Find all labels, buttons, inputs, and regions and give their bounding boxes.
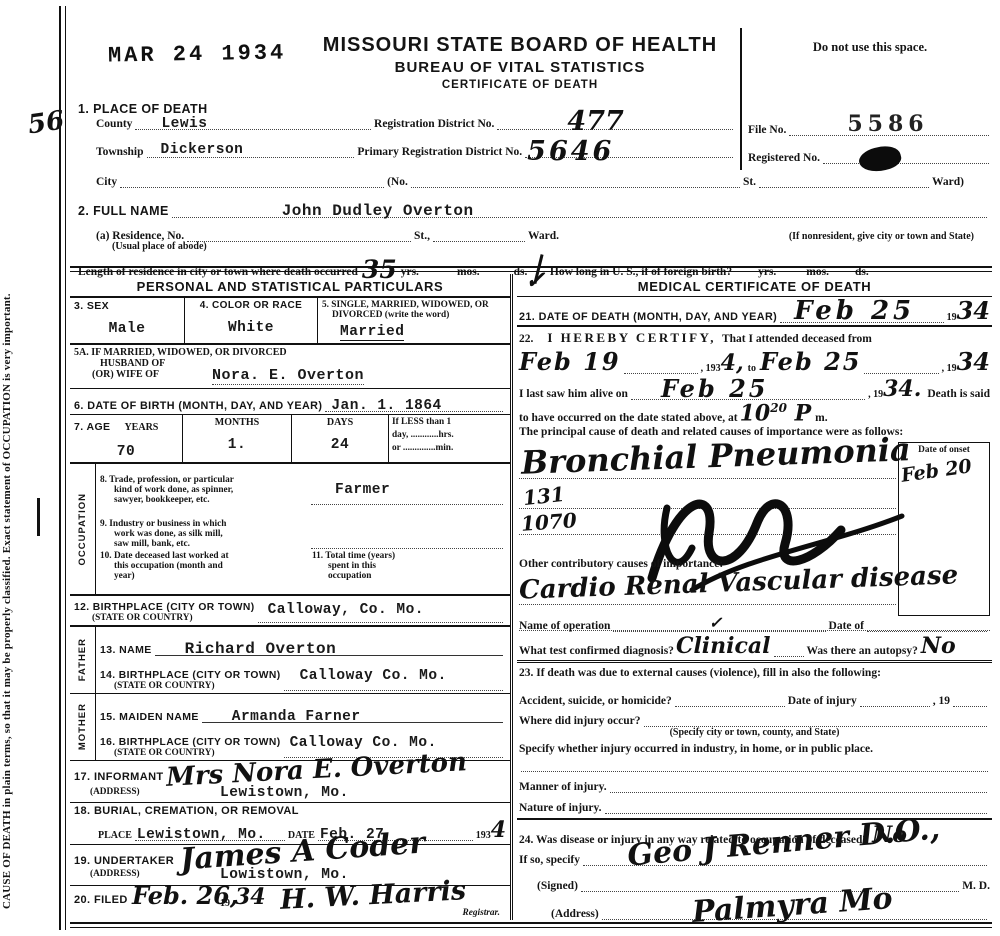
father-birthplace-label-block: 14. BIRTHPLACE (CITY OR TOWN) (STATE OR … <box>100 670 281 691</box>
sex-race-marital-row: 3. SEX Male 4. COLOR OR RACE White 5. SI… <box>70 298 510 345</box>
father-birthplace-line: Calloway Co. Mo. <box>284 688 503 691</box>
full-name-value: John Dudley Overton <box>282 202 474 220</box>
less-label-1: If LESS than 1 <box>392 417 507 427</box>
mother-birthplace-label-block: 16. BIRTHPLACE (CITY OR TOWN) (STATE OR … <box>100 737 281 758</box>
last-worked-row: 10. Date deceased last worked at this oc… <box>96 550 510 594</box>
last-worked-label-1: 10. Date deceased last worked at <box>100 551 312 561</box>
less-than-day-cell: If LESS than 1 day, ............hrs. or … <box>389 415 510 462</box>
last-saw-line: Feb 25 <box>631 397 865 400</box>
margin-instruction: CAUSE OF DEATH in plain terms, so that i… <box>1 4 27 909</box>
spouse-value: Nora. E. Overton <box>212 367 364 385</box>
age-months-value: 1. <box>185 437 289 453</box>
marital-cell: 5. SINGLE, MARRIED, WIDOWED, OR DIVORCED… <box>318 298 510 343</box>
less-label-2: day, ............hrs. <box>392 430 507 440</box>
place-of-death-heading: 1. PLACE OF DEATH <box>78 102 208 116</box>
operation-line: ✓ <box>613 629 825 632</box>
address-line: Palmyra Mo <box>602 917 987 920</box>
birthplace-line: Calloway, Co. Mo. <box>258 620 503 623</box>
external-causes-block: 23. If death was due to external causes … <box>517 663 992 820</box>
spacer <box>562 240 786 242</box>
title-line-1: MISSOURI STATE BOARD OF HEALTH <box>300 34 740 57</box>
race-label: 4. COLOR OR RACE <box>187 300 315 311</box>
primary-registration-label: Primary Registration District No. <box>357 146 522 158</box>
certify-caps: I HEREBY CERTIFY, <box>547 330 716 346</box>
full-name-label: 2. FULL NAME <box>78 204 169 218</box>
trade-label-1: 8. Trade, profession, or particular <box>100 475 308 485</box>
file-no-row: File No. 5586 <box>748 124 992 136</box>
occupation-relation-block: 24. Was disease or injury in any way rel… <box>517 820 992 920</box>
last-worked-label-3: year) <box>114 571 312 581</box>
days-header: DAYS <box>294 417 386 428</box>
residence-st-line <box>433 239 525 242</box>
test-autopsy-row: What test confirmed diagnosis? Clinical … <box>517 632 992 663</box>
do-not-use-note: Do not use this space. <box>746 40 994 55</box>
injury-year-line <box>953 704 987 707</box>
external-causes-label: 23. If death was due to external causes … <box>519 667 990 687</box>
township-value: Dickerson <box>161 142 244 158</box>
signed-label: (Signed) <box>537 880 578 892</box>
last-saw-label: I last saw him alive on <box>519 388 628 400</box>
test-line <box>774 654 804 657</box>
industry-row: 9. Industry or business in which work wa… <box>96 506 510 550</box>
accident-line <box>675 704 785 707</box>
trade-row: 8. Trade, profession, or particular kind… <box>96 464 510 506</box>
other-contributory-label: Other contributory causes of importance: <box>519 558 723 570</box>
dod-year-handwritten: 34 <box>957 299 990 323</box>
father-side-cell: FATHER <box>70 627 96 693</box>
date-of-death-value: Feb 25 <box>794 298 915 324</box>
registered-no-label: Registered No. <box>748 152 820 164</box>
received-date-stamp: MAR 24 1934 <box>108 40 287 68</box>
occupation-side-label: OCCUPATION <box>77 493 88 565</box>
township-line: Dickerson <box>147 155 355 158</box>
header-divider <box>740 28 742 170</box>
blank-dotted-line <box>521 763 988 772</box>
medical-header: ✓ MEDICAL CERTIFICATE OF DEATH <box>517 274 992 297</box>
specify-industry-note: Specify whether injury occurred in indus… <box>519 743 990 763</box>
trade-label-3: sawyer, bookkeeper, etc. <box>114 495 308 505</box>
father-side-label: FATHER <box>77 638 88 681</box>
county-label: County <box>96 118 132 130</box>
last-year-handwritten: 34. <box>883 378 921 400</box>
race-value: White <box>187 320 315 336</box>
industry-label-block: 9. Industry or business in which work wa… <box>100 519 308 549</box>
mother-birthplace-sublabel: (STATE OR COUNTRY) <box>114 748 281 758</box>
age-days-value: 24 <box>294 437 386 453</box>
certify-block: 22. I HEREBY CERTIFY, That I attended de… <box>517 327 992 438</box>
margin-pen-stroke <box>37 498 40 536</box>
industry-line <box>311 546 503 549</box>
marital-label-2: DIVORCED (write the word) <box>332 310 506 320</box>
sex-cell: 3. SEX Male <box>70 298 184 343</box>
county-value: Lewis <box>161 116 207 132</box>
minute-label: m. <box>815 412 827 424</box>
burial-year-printed: 193 <box>476 830 491 841</box>
date-of-death-row: 21. DATE OF DEATH (MONTH, DAY, AND YEAR)… <box>517 297 992 327</box>
operation-check: ✓ <box>709 615 722 631</box>
occupation-side-cell: OCCUPATION <box>70 464 96 594</box>
ward-label: Ward) <box>932 176 964 188</box>
date-of-death-line: Feb 25 <box>780 320 943 323</box>
father-birthplace-value: Calloway Co. Mo. <box>300 668 447 684</box>
mother-side-cell: MOTHER <box>70 694 96 760</box>
father-birthplace-row: 14. BIRTHPLACE (CITY OR TOWN) (STATE OR … <box>96 658 510 693</box>
last-saw-value: Feb 25 <box>661 377 769 401</box>
city-line <box>120 185 384 188</box>
address-label: (Address) <box>551 908 599 920</box>
residence-ward-label: Ward. <box>528 230 559 242</box>
date-of-injury-line <box>860 704 930 707</box>
industry-label-1: 9. Industry or business in which <box>100 519 308 529</box>
sex-value: Male <box>74 321 180 337</box>
left-border-outer <box>59 6 61 930</box>
street-label: St. <box>743 176 756 188</box>
township-label: Township <box>96 146 144 158</box>
margin-note-56: 56 <box>26 108 65 139</box>
columns: PERSONAL AND STATISTICAL PARTICULARS 3. … <box>70 274 992 920</box>
vital-note-2: 1070 <box>520 510 577 534</box>
where-injury-line <box>644 724 988 727</box>
filed-label: 20. FILED <box>74 894 128 906</box>
age-months-cell: MONTHS 1. <box>182 415 292 462</box>
primary-registration-value: 5646 <box>527 138 614 165</box>
total-time-label-1: 11. Total time (years) <box>312 551 506 561</box>
industry-label-3: saw mill, bank, etc. <box>114 539 308 549</box>
residence-st-label: St., <box>414 230 430 242</box>
registration-district-line: 477 <box>497 127 733 130</box>
title-line-3: CERTIFICATE OF DEATH <box>300 79 740 91</box>
to-year-handwritten: 34 <box>957 350 990 374</box>
title-line-2: BUREAU OF VITAL STATISTICS <box>300 59 740 76</box>
ink-stamp <box>857 142 904 175</box>
autopsy-label: Was there an autopsy? <box>807 645 918 657</box>
filed-year-printed: 19 <box>220 898 230 909</box>
trade-line: Farmer <box>311 502 503 505</box>
total-time-label-block: 11. Total time (years) spent in this occ… <box>312 551 506 593</box>
medical-certificate-column: ✓ MEDICAL CERTIFICATE OF DEATH 21. DATE … <box>513 274 992 920</box>
trade-value: Farmer <box>335 482 390 498</box>
from-year-handwritten: 4, <box>721 352 744 374</box>
registration-district-value: 477 <box>567 108 623 135</box>
marital-value: Married <box>340 324 404 341</box>
sex-label: 3. SEX <box>74 300 180 312</box>
undertaker-address-value: Lowistown, Mo. <box>220 867 349 883</box>
onset-label: Date of onset <box>901 445 987 455</box>
from-year-printed: , 193 <box>701 363 721 374</box>
township-row: Township Dickerson Primary Registration … <box>96 146 736 158</box>
industry-label-2: work was done, as silk mill, <box>114 529 308 539</box>
age-years-value: 70 <box>74 444 178 460</box>
last-worked-label-2: this occupation (month and <box>114 561 312 571</box>
birthplace-label-block: 12. BIRTHPLACE (CITY OR TOWN) (STATE OR … <box>74 602 255 623</box>
date-of-death-label: 21. DATE OF DEATH (MONTH, DAY, AND YEAR) <box>519 311 777 323</box>
residence-row: (a) Residence, No. St., Ward. (If nonres… <box>96 230 974 242</box>
primary-registration-line: 5646 <box>525 155 733 158</box>
cause-of-death-block: Bronchial Pneumonia 131 1070 Date of ons… <box>517 438 992 613</box>
father-name-value: Richard Overton <box>185 640 337 658</box>
other-line-1 <box>519 604 896 605</box>
date-of-injury-label: Date of injury <box>788 695 857 707</box>
dod-year-printed: 19 <box>947 312 957 323</box>
left-border-inner <box>65 6 66 930</box>
time-meridiem: P <box>795 400 812 426</box>
undertaker-label: 19. UNDERTAKER <box>74 855 174 867</box>
dob-line: Jan. 1. 1864 <box>325 409 503 412</box>
test-label: What test confirmed diagnosis? <box>519 645 674 657</box>
trade-label-2: kind of work done, as spinner, <box>114 485 308 495</box>
autopsy-value: No <box>921 635 956 657</box>
time-value: 1020 P <box>740 402 812 424</box>
county-row: County Lewis Registration District No. 4… <box>96 118 736 130</box>
birthplace-label: 12. BIRTHPLACE (CITY OR TOWN) <box>74 602 255 613</box>
father-name-label: 13. NAME <box>100 644 152 656</box>
less-label-3: or ..............min. <box>392 443 507 453</box>
injury-nineteen: , 19 <box>933 695 950 707</box>
certify-number: 22. <box>519 333 533 345</box>
burial-year-handwritten: 4 <box>491 819 506 841</box>
age-days-cell: DAYS 24 <box>292 415 389 462</box>
mother-name-line: Armanda Farner <box>202 720 503 723</box>
registered-no-row: Registered No. <box>748 152 992 164</box>
burial-place-label: PLACE <box>98 830 132 841</box>
medical-header-text: MEDICAL CERTIFICATE OF DEATH <box>638 279 871 294</box>
nonresident-note: (If nonresident, give city or town and S… <box>789 231 974 242</box>
to-word: to <box>748 363 756 374</box>
spouse-label-1: 5A. IF MARRIED, WIDOWED, OR DIVORCED <box>74 347 506 358</box>
total-time-label-2: spent in this <box>328 561 506 571</box>
operation-date-line <box>867 629 987 632</box>
occupation-content: 8. Trade, profession, or particular kind… <box>96 464 510 594</box>
vital-note-1: 131 <box>522 484 566 508</box>
nature-of-injury-label: Nature of injury. <box>519 802 602 814</box>
full-name-row: 2. FULL NAME John Dudley Overton <box>78 204 990 218</box>
registrar-label: Registrar. <box>463 908 500 918</box>
filed-row: 20. FILED Feb. 26, 19 34 H. W. Harris Re… <box>70 886 510 920</box>
father-birthplace-label: 14. BIRTHPLACE (CITY OR TOWN) <box>100 670 281 681</box>
where-injury-label: Where did injury occur? <box>519 715 641 727</box>
md-label: M. D. <box>962 880 990 892</box>
full-name-line: John Dudley Overton <box>172 215 987 218</box>
race-cell: 4. COLOR OR RACE White <box>184 298 318 343</box>
informant-address-label: (ADDRESS) <box>90 787 140 797</box>
spouse-row: 5A. IF MARRIED, WIDOWED, OR DIVORCED HUS… <box>70 345 510 389</box>
last-year-printed: , 19 <box>868 389 883 400</box>
registration-district-label: Registration District No. <box>374 118 494 130</box>
bottom-rule <box>70 922 992 928</box>
marital-label-1: 5. SINGLE, MARRIED, WIDOWED, OR <box>322 300 506 310</box>
residence-line <box>187 239 411 242</box>
check-mark: ✓ <box>525 268 546 292</box>
specify-city-note: (Specify city or town, county, and State… <box>519 727 990 743</box>
file-no-line: 5586 <box>789 133 989 136</box>
informant-row: 17. INFORMANT Mrs Nora E. Overton (ADDRE… <box>70 761 510 803</box>
father-content: 13. NAME Richard Overton 14. BIRTHPLACE … <box>96 627 510 693</box>
trade-label-block: 8. Trade, profession, or particular kind… <box>100 475 308 505</box>
city-row: City (No. St. Ward) <box>96 176 964 188</box>
mother-birthplace-value: Calloway Co. Mo. <box>290 735 437 751</box>
file-no-value: 5586 <box>847 111 928 137</box>
personal-header: PERSONAL AND STATISTICAL PARTICULARS <box>70 274 510 298</box>
mother-name-value: Armanda Farner <box>232 709 361 725</box>
onset-value: Feb 20 <box>900 455 988 486</box>
burial-label: 18. BURIAL, CREMATION, OR REMOVAL <box>74 805 506 817</box>
mother-name-label: 15. MAIDEN NAME <box>100 711 199 723</box>
mother-side-label: MOTHER <box>77 703 88 750</box>
registered-no-line <box>823 161 989 164</box>
father-birthplace-sublabel: (STATE OR COUNTRY) <box>114 681 281 691</box>
death-certificate-page: CAUSE OF DEATH in plain terms, so that i… <box>0 0 1000 936</box>
filed-year-handwritten: 34 <box>235 886 266 908</box>
accident-label: Accident, suicide, or homicide? <box>519 695 672 707</box>
informant-label: 17. INFORMANT <box>74 771 164 783</box>
informant-address-value: Lewistown, Mo. <box>220 785 349 801</box>
birthplace-value: Calloway, Co. Mo. <box>268 602 424 618</box>
street-line <box>759 185 929 188</box>
dob-row: 6. DATE OF BIRTH (MONTH, DAY, AND YEAR) … <box>70 389 510 415</box>
mother-birthplace-label: 16. BIRTHPLACE (CITY OR TOWN) <box>100 737 281 748</box>
birthplace-sublabel: (STATE OR COUNTRY) <box>92 613 255 623</box>
certify-tail: That I attended deceased from <box>722 333 872 345</box>
manner-of-injury-label: Manner of injury. <box>519 781 607 793</box>
attended-to-value: Feb 25 <box>760 350 862 374</box>
personal-particulars-column: PERSONAL AND STATISTICAL PARTICULARS 3. … <box>70 274 513 920</box>
years-header: YEARS <box>124 422 158 433</box>
occupation-block: OCCUPATION 8. Trade, profession, or part… <box>70 464 510 596</box>
father-name-row: 13. NAME Richard Overton <box>96 627 510 658</box>
manner-of-injury-line <box>610 790 987 793</box>
registrar-signature: H. W. Harris <box>279 877 466 914</box>
mother-name-row: 15. MAIDEN NAME Armanda Farner <box>96 694 510 725</box>
dob-value: Jan. 1. 1864 <box>331 398 441 414</box>
attended-from-value: Feb 19 <box>519 350 621 374</box>
age-row: 7. AGE YEARS 70 MONTHS 1. DAYS 24 If LES… <box>70 415 510 464</box>
total-time-label-3: occupation <box>328 571 506 581</box>
street-no-label: (No. <box>387 176 408 188</box>
months-header: MONTHS <box>185 417 289 428</box>
county-line: Lewis <box>135 127 371 130</box>
file-no-label: File No. <box>748 124 786 136</box>
time-superscript: 20 <box>770 401 787 415</box>
if-so-label: If so, specify <box>519 854 580 866</box>
to-year-printed: , 19 <box>942 363 957 374</box>
form-title: MISSOURI STATE BOARD OF HEALTH BUREAU OF… <box>300 34 740 91</box>
occurred-at-label: to have occurred on the date stated abov… <box>519 412 738 424</box>
birthplace-row: 12. BIRTHPLACE (CITY OR TOWN) (STATE OR … <box>70 596 510 627</box>
age-years-cell: 7. AGE YEARS 70 <box>70 415 182 462</box>
father-name-line: Richard Overton <box>155 653 503 656</box>
father-block: FATHER 13. NAME Richard Overton 14. BIRT… <box>70 627 510 694</box>
undertaker-address-label: (ADDRESS) <box>90 869 140 879</box>
dob-label: 6. DATE OF BIRTH (MONTH, DAY, AND YEAR) <box>74 400 322 412</box>
principal-cause-value: Bronchial Pneumonia <box>521 433 912 479</box>
test-value: Clinical <box>676 635 771 657</box>
age-label: 7. AGE <box>74 421 110 433</box>
attended-to-line <box>864 371 938 374</box>
last-worked-label-block: 10. Date deceased last worked at this oc… <box>100 551 312 593</box>
street-no-line <box>411 185 740 188</box>
death-said-label: Death is said <box>927 388 990 400</box>
city-label: City <box>96 176 117 188</box>
